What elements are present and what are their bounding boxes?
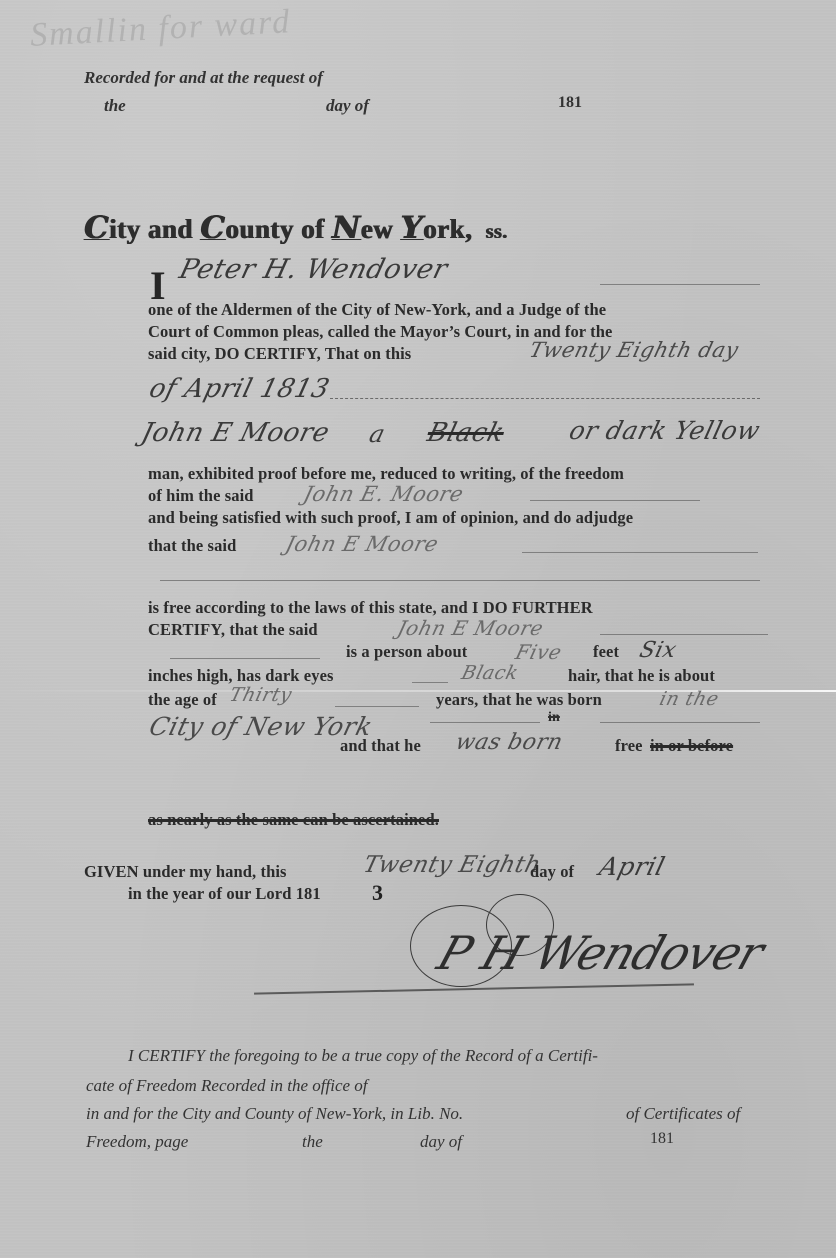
- said-name-handwritten-3: John E Moore: [395, 616, 546, 640]
- born-status-handwritten: was born: [453, 730, 565, 755]
- recorded-request-label: Recorded for and at the request of: [84, 68, 323, 88]
- footer-line-4-a: Freedom, page: [86, 1132, 188, 1152]
- given-month-handwritten: April: [596, 852, 668, 881]
- fill-line: [530, 500, 700, 501]
- fill-line: [335, 706, 419, 707]
- cert-line-5: man, exhibited proof before me, reduced …: [148, 464, 624, 484]
- cert-line-8-printed: that the said: [148, 536, 236, 556]
- title-part: ounty of: [225, 214, 332, 244]
- age-handwritten: Thirty: [227, 684, 294, 706]
- cert-date-month-year-handwritten: of April 1813: [146, 374, 332, 404]
- cert-line-13-a: the age of: [148, 690, 217, 710]
- title-cap-y: Y: [401, 210, 424, 246]
- fill-line: [600, 634, 768, 635]
- subject-name-handwritten: John E Moore: [138, 418, 332, 448]
- recorded-the-label: the: [104, 96, 126, 116]
- cert-line-7: and being satisfied with such proof, I a…: [148, 508, 633, 528]
- title-part: ew: [361, 214, 401, 244]
- cert-line-10-printed: CERTIFY, that the said: [148, 620, 318, 640]
- given-line-b: day of: [530, 862, 574, 882]
- hair-color-handwritten: Black: [459, 662, 521, 684]
- footer-line-2: cate of Freedom Recorded in the office o…: [86, 1076, 368, 1096]
- fill-line: [160, 580, 760, 581]
- fill-line: [170, 658, 320, 659]
- footer-certify-rest: the foregoing to be a true copy of the R…: [209, 1046, 598, 1065]
- height-feet-handwritten: Five: [513, 640, 564, 664]
- subject-struck-word: Black: [424, 418, 507, 448]
- said-name-handwritten-1: John E. Moore: [301, 482, 466, 506]
- fill-line: [412, 682, 448, 683]
- cert-line-13-b: years, that he was born: [436, 690, 602, 710]
- cert-line-1: one of the Aldermen of the City of New-Y…: [148, 300, 606, 320]
- fill-line: [430, 722, 540, 723]
- given-day-handwritten: Twenty Eighth: [361, 852, 544, 878]
- footer-line-4-day-of: day of: [420, 1132, 462, 1152]
- cert-line-6-printed: of him the said: [148, 486, 254, 506]
- cert-line-3-printed: said city, DO CERTIFY, That on this: [148, 344, 411, 364]
- struck-in-or-before: in or before: [650, 736, 733, 756]
- cert-line-12-a: inches high, has dark eyes: [148, 666, 334, 686]
- jurisdiction-title: City and County of New York, ss.: [84, 210, 508, 246]
- cert-line-15-b: free: [615, 736, 643, 756]
- title-part: ork,: [423, 214, 472, 244]
- title-cap-n: N: [332, 210, 361, 246]
- cert-line-11-a: is a person about: [346, 642, 467, 662]
- given-line-c: in the year of our Lord 181: [128, 884, 321, 904]
- cert-line-12-b: hair, that he is about: [568, 666, 715, 686]
- title-cap-c: C: [84, 210, 109, 246]
- alderman-name-handwritten: Peter H. Wendover: [176, 254, 451, 285]
- footer-line-3-a: in and for the City and County of New-Yo…: [86, 1104, 463, 1124]
- subject-description-handwritten: or dark Yellow: [566, 416, 763, 445]
- title-cap-c2: C: [200, 210, 225, 246]
- title-ss: ss.: [486, 221, 508, 243]
- footer-line-1: I CERTIFY the foregoing to be a true cop…: [128, 1046, 598, 1066]
- footer-year: 181: [650, 1130, 674, 1148]
- title-part: ity and: [109, 214, 200, 244]
- footer-line-3-b: of Certificates of: [626, 1104, 740, 1124]
- birthplace-prefix-handwritten: in the: [657, 688, 721, 710]
- fill-line: [600, 722, 760, 723]
- cert-date-day-handwritten: Twenty Eighth day: [527, 338, 741, 362]
- recorded-day-of-label: day of: [326, 96, 369, 116]
- footer-line-4-the: the: [302, 1132, 323, 1152]
- said-name-handwritten-2: John E Moore: [283, 532, 441, 556]
- struck-ascertained-line: as nearly as the same can be ascertained…: [148, 810, 439, 830]
- recorded-year-label: 181: [558, 94, 582, 112]
- height-inches-handwritten: Six: [637, 638, 679, 663]
- cert-line-11-b: feet: [593, 642, 619, 662]
- signature: P H Wendover: [431, 926, 770, 980]
- fill-line: [330, 398, 760, 399]
- cert-line-15-a: and that he: [340, 736, 421, 756]
- struck-in: in: [548, 710, 560, 726]
- fill-line: [600, 284, 760, 285]
- given-line-a: GIVEN under my hand, this: [84, 862, 287, 882]
- fill-line: [522, 552, 758, 553]
- footer-certify-caps: I CERTIFY: [128, 1046, 205, 1065]
- given-year-digit-handwritten: 3: [372, 880, 383, 906]
- cert-line-9: is free according to the laws of this st…: [148, 598, 593, 618]
